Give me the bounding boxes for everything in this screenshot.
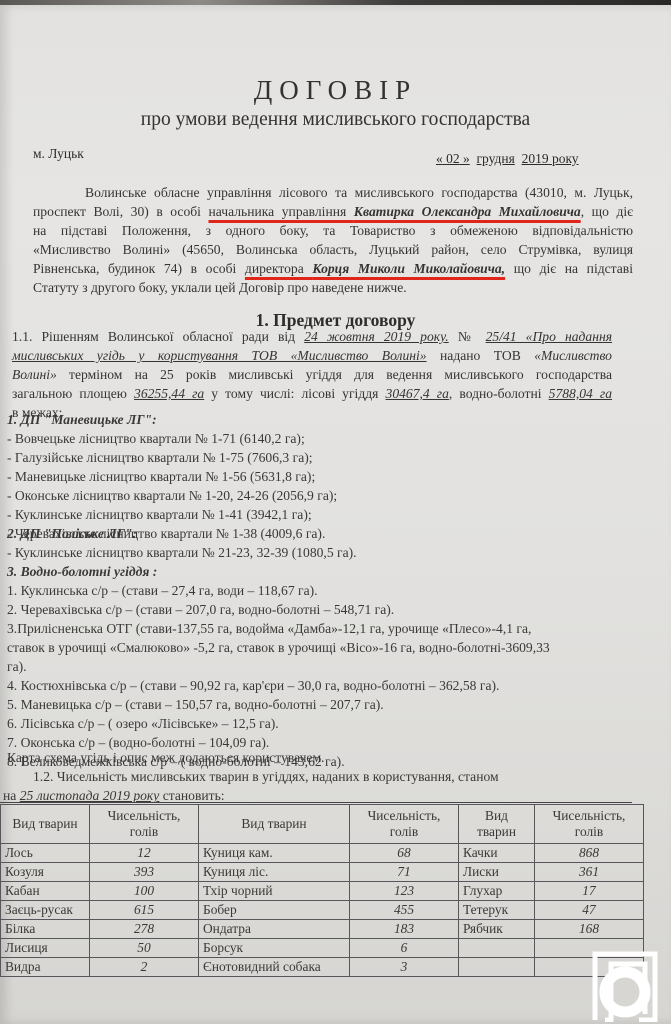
list-item: - Куклинське лісництво квартали № 1-41 (…	[7, 505, 312, 524]
animal-species: Кабан	[1, 882, 90, 901]
column-header: Вид тварин	[1, 805, 90, 844]
animal-count: 278	[90, 920, 199, 939]
animal-species: Тхір чорний	[199, 882, 350, 901]
signatory-name-1: Кватирка Олександра Михайловича	[354, 204, 581, 219]
animal-species: Лиски	[459, 863, 535, 882]
animal-species: Єнотовидний собака	[199, 958, 350, 977]
list-item: - Вовчецьке лісництво квартали № 1-71 (6…	[7, 429, 305, 448]
animal-count: 6	[350, 939, 459, 958]
document-date: « 02 » грудня 2019 року	[436, 151, 579, 167]
list-item: га).	[7, 657, 27, 676]
animal-count: 3	[350, 958, 459, 977]
signatory-name-2: Корця Миколи Миколайовича,	[312, 261, 505, 276]
table-row: Білка278Ондатра183Рябчик168	[1, 920, 644, 939]
animal-species: Глухар	[459, 882, 535, 901]
list-item: 4. Костюхнівська с/р – (стави – 90,92 га…	[7, 676, 499, 695]
animal-count: 455	[350, 901, 459, 920]
group-1-heading: 1. ДП "Маневицьке ЛГ":	[7, 410, 157, 429]
animal-species	[459, 958, 535, 977]
clause-1-1: 1.1. Рішенням Волинської обласної ради в…	[12, 327, 612, 422]
table-row: Лось12Куниця кам.68Качки868	[1, 844, 644, 863]
animal-count: 168	[535, 920, 644, 939]
animal-species: Бобер	[199, 901, 350, 920]
list-item: - Галузійське лісництво квартали № 1-75 …	[7, 448, 313, 467]
highlight-director: директора Корця Миколи Миколайовича,	[245, 261, 505, 276]
date-year: 2019	[522, 151, 549, 166]
animal-count: 71	[350, 863, 459, 882]
total-area: 36255,44 га	[134, 386, 204, 401]
animal-species: Заєць-русак	[1, 901, 90, 920]
table-row: Козуля393Куниця ліс.71Лиски361	[1, 863, 644, 882]
date-month: грудня	[477, 151, 515, 166]
animal-species: Рябчик	[459, 920, 535, 939]
forest-area: 30467,4 га	[386, 386, 449, 401]
animal-species: Видра	[1, 958, 90, 977]
animal-count: 361	[535, 863, 644, 882]
table-row: Заєць-русак615Бобер455Тетерук47	[1, 901, 644, 920]
table-row: Видра2Єнотовидний собака3	[1, 958, 644, 977]
table-row: Кабан100Тхір чорний123Глухар17	[1, 882, 644, 901]
animal-count: 123	[350, 882, 459, 901]
document-title: ДОГОВІР	[0, 75, 671, 106]
list-item: - Куклинське лісництво квартали № 21-23,…	[7, 543, 357, 562]
animal-species: Білка	[1, 920, 90, 939]
document-page: ДОГОВІР про умови ведення мисливського г…	[0, 5, 671, 1024]
list-item: 1. Куклинська с/р – (стави – 27,4 га, во…	[7, 581, 318, 600]
column-header: Вид тварин	[199, 805, 350, 844]
animal-species: Лисиця	[1, 939, 90, 958]
group-3-heading: 3. Водно-болотні угіддя :	[7, 562, 157, 581]
table-top-rule	[0, 802, 632, 803]
animal-count: 68	[350, 844, 459, 863]
preamble-paragraph: Волинське обласне управління лісового та…	[33, 183, 633, 297]
group-2-heading: 2. ДП "Поліське ЛГ":	[7, 524, 137, 543]
animal-count: 47	[535, 901, 644, 920]
list-item: 2. Черевахівська с/р – (стави – 207,0 га…	[7, 600, 394, 619]
animal-count: 2	[90, 958, 199, 977]
publisher-logo-icon	[591, 950, 659, 1022]
column-header: Видтварин	[459, 805, 535, 844]
animal-count: 183	[350, 920, 459, 939]
clause-1-2: 1.2. Чисельність мисливських тварин в уг…	[33, 767, 499, 786]
animal-count: 393	[90, 863, 199, 882]
animal-species: Ондатра	[199, 920, 350, 939]
animal-count: 868	[535, 844, 644, 863]
list-item: 5. Маневицька с/р – (стави – 150,57 га, …	[7, 695, 384, 714]
document-subtitle: про умови ведення мисливського господарс…	[0, 109, 671, 131]
list-item: 6. Лісівська с/р – ( озеро «Лісівське» –…	[7, 714, 279, 733]
animal-species: Куниця кам.	[199, 844, 350, 863]
animal-species: Качки	[459, 844, 535, 863]
animal-count: 12	[90, 844, 199, 863]
animal-count: 615	[90, 901, 199, 920]
list-item: 3.Прилісненська ОТГ (стави-137,55 га, во…	[7, 619, 531, 638]
animals-table-container: Вид тваринЧисельність,голівВид тваринЧис…	[0, 804, 644, 977]
animal-count: 100	[90, 882, 199, 901]
column-header: Чисельність,голів	[90, 805, 199, 844]
animal-species	[459, 939, 535, 958]
list-item: ставок в урочищі «Смалюково» -5,2 га, ст…	[7, 638, 550, 657]
map-note: Карта схема угідь і опис меж додаються к…	[7, 748, 324, 767]
animal-species: Борсук	[199, 939, 350, 958]
column-header: Чисельність,голів	[535, 805, 644, 844]
wetland-area: 5788,04 га	[549, 386, 612, 401]
animal-count: 50	[90, 939, 199, 958]
table-row: Лисиця50Борсук6	[1, 939, 644, 958]
table-header-row: Вид тваринЧисельність,голівВид тваринЧис…	[1, 805, 644, 844]
animal-species: Козуля	[1, 863, 90, 882]
animal-species: Лось	[1, 844, 90, 863]
animal-species: Куниця ліс.	[199, 863, 350, 882]
document-city: м. Луцьк	[33, 146, 84, 162]
date-day: 02	[446, 151, 460, 166]
table-body: Лось12Куниця кам.68Качки868Козуля393Куни…	[1, 844, 644, 977]
list-item: - Маневицьке лісництво квартали № 1-56 (…	[7, 467, 315, 486]
animal-count: 17	[535, 882, 644, 901]
list-item: - Оконське лісництво квартали № 1-20, 24…	[7, 486, 337, 505]
highlight-head-of-department: начальника управління Кватирка Олександр…	[208, 204, 580, 219]
column-header: Чисельність,голів	[350, 805, 459, 844]
animals-table: Вид тваринЧисельність,голівВид тваринЧис…	[0, 804, 644, 977]
animal-species: Тетерук	[459, 901, 535, 920]
